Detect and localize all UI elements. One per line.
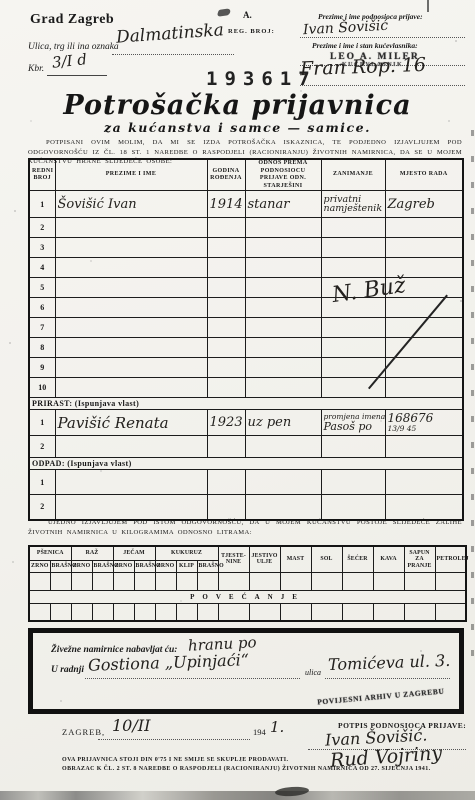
relation-handwriting: stanar	[248, 197, 290, 212]
empty-cell	[155, 572, 176, 590]
empty-cell	[342, 572, 373, 590]
table-row: 7	[29, 318, 463, 338]
empty-cell	[207, 495, 245, 520]
empty-cell	[218, 603, 249, 621]
row-number: 10	[29, 378, 55, 398]
empty-cell	[207, 238, 245, 258]
empty-cell	[71, 603, 92, 621]
group-header-jecam: JEČAM	[113, 546, 155, 560]
row-number: 2	[29, 436, 55, 458]
shop-line2-label: U radnji	[51, 665, 84, 675]
sub-header: KLIP	[176, 560, 197, 572]
house-number-fill-line	[47, 74, 107, 76]
empty-cell	[207, 318, 245, 338]
landlord-handwriting: Fran Rop. 16	[300, 54, 427, 80]
street-fill-line	[112, 53, 234, 55]
header-kava: KAVA	[373, 546, 404, 572]
empty-cell	[321, 358, 385, 378]
table-row: 3	[29, 238, 463, 258]
house-number-label: Kbr.	[28, 64, 44, 74]
empty-cell	[404, 603, 435, 621]
empty-cell	[373, 603, 404, 621]
empty-cell	[385, 495, 463, 520]
group-header-psenica: PŠENICA	[29, 546, 71, 560]
empty-cell	[385, 470, 463, 495]
empty-cell	[134, 603, 155, 621]
scan-corner-mark	[427, 0, 429, 12]
row-number: 8	[29, 338, 55, 358]
name-handwriting: Šovišić Ivan	[58, 197, 137, 212]
cell-birth: 1923	[207, 410, 245, 436]
birth-handwriting: 1923	[210, 415, 243, 430]
city-title: Grad Zagreb	[30, 12, 114, 28]
shop-declaration-box: Živežne namirnice nabavljat ću: hranu po…	[28, 628, 464, 714]
cell-name: Šovišić Ivan	[55, 191, 207, 218]
cell-occupation: promjena imena Pasoš po	[321, 410, 385, 436]
form-title: Potrošačka prijavnica	[0, 90, 475, 121]
empty-cell	[245, 378, 321, 398]
empty-cell	[113, 572, 134, 590]
empty-cell	[207, 358, 245, 378]
empty-cell	[245, 495, 321, 520]
empty-cell	[249, 572, 280, 590]
empty-cell	[55, 338, 207, 358]
empty-cell	[373, 572, 404, 590]
empty-cell	[55, 436, 207, 458]
note-handwriting: promjena imena	[324, 413, 383, 420]
street-value-handwriting: Dalmatinska	[115, 20, 224, 47]
sub-header: ZRNO	[71, 560, 92, 572]
empty-cell	[176, 603, 197, 621]
empty-cell	[280, 603, 311, 621]
empty-cell	[176, 572, 197, 590]
table-row: 1 Pavišić Renata 1923 uz pen promjena im…	[29, 410, 463, 436]
empty-cell	[55, 495, 207, 520]
landlord-fill-line-2	[300, 84, 465, 86]
empty-cell	[55, 278, 207, 298]
table-row: 9	[29, 358, 463, 378]
header-sapun: SAPUN ZA PRANJE	[404, 546, 435, 572]
row-number: 2	[29, 495, 55, 520]
series-mark: A.	[243, 10, 252, 20]
empty-cell	[207, 258, 245, 278]
cell-relation: uz pen	[245, 410, 321, 436]
empty-cell	[55, 238, 207, 258]
sub-header: BRAŠNO	[50, 560, 71, 572]
row-number: 2	[29, 218, 55, 238]
empty-cell	[245, 470, 321, 495]
empty-cell	[207, 298, 245, 318]
empty-cell	[342, 603, 373, 621]
shop-fill-line	[85, 677, 300, 679]
empty-cell	[245, 238, 321, 258]
empty-cell	[55, 298, 207, 318]
sub-header: BRAŠNO	[197, 560, 218, 572]
workplace-handwriting: Zagreb	[388, 197, 435, 212]
empty-cell	[50, 603, 71, 621]
scan-bottom-artifact	[0, 791, 475, 800]
header-secer: ŠEĆER	[342, 546, 373, 572]
paper-speckles	[0, 0, 2, 2]
empty-cell	[29, 603, 50, 621]
odpad-section-label: ODPAD: (Ispunjava vlast)	[29, 458, 463, 470]
empty-cell	[218, 572, 249, 590]
empty-cell	[385, 238, 463, 258]
col-header-workplace: MJESTO RADA	[385, 159, 463, 191]
occupation-handwriting: Pasoš po	[324, 420, 383, 433]
row-number: 1	[29, 470, 55, 495]
empty-cell	[311, 603, 342, 621]
empty-cell	[321, 218, 385, 238]
empty-cell	[92, 572, 113, 590]
table-row: 2	[29, 218, 463, 238]
cell-workplace: 168676 13/9 45	[385, 410, 463, 436]
sub-header: ZRNO	[113, 560, 134, 572]
landlord-label: Prezime i ime i stan kućevlasnika:	[312, 41, 418, 50]
table-row: 1	[29, 470, 463, 495]
table-row: 6	[29, 298, 463, 318]
empty-cell	[245, 258, 321, 278]
group-header-raz: RAŽ	[71, 546, 113, 560]
group-header-kukuruz: KUKURUZ	[155, 546, 218, 560]
col-header-num: REDNI BROJ	[29, 159, 55, 191]
header-jestivo-ulje: JESTIVO ULJE	[249, 546, 280, 572]
table-row: 2	[29, 495, 463, 520]
persons-table: REDNI BROJ PREZIME I IME GODINA ROĐENJA …	[28, 158, 464, 521]
table-row: 1 Šovišić Ivan 1914 stanar privatni namj…	[29, 191, 463, 218]
house-number-handwriting: 3/I d	[51, 50, 88, 72]
relation-handwriting: uz pen	[248, 415, 292, 430]
empty-cell	[71, 572, 92, 590]
shop-street-handwriting: Tomićeva ul. 3.	[328, 651, 451, 674]
row-number: 6	[29, 298, 55, 318]
workplace-handwriting: 168676	[388, 411, 434, 425]
empty-cell	[155, 603, 176, 621]
note-right-handwriting: 13/9 45	[388, 424, 417, 433]
empty-cell	[435, 603, 466, 621]
empty-cell	[385, 436, 463, 458]
empty-cell	[385, 378, 463, 398]
empty-cell	[134, 572, 155, 590]
sub-header: BRAŠNO	[134, 560, 155, 572]
empty-cell	[245, 318, 321, 338]
form-subtitle: za kućanstva i samce — samice.	[0, 120, 475, 135]
empty-cell	[321, 436, 385, 458]
row-number: 3	[29, 238, 55, 258]
row-number: 9	[29, 358, 55, 378]
cell-occupation: privatni namještenik	[321, 191, 385, 218]
sub-header: ZRNO	[155, 560, 176, 572]
row-number: 1	[29, 410, 55, 436]
empty-cell	[385, 358, 463, 378]
povecanje-label: POVEĆANJE	[29, 590, 466, 603]
empty-cell	[55, 218, 207, 238]
reg-number-label: REG. BROJ:	[228, 28, 275, 35]
empty-cell	[280, 572, 311, 590]
cell-relation: stanar	[245, 191, 321, 218]
empty-cell	[50, 572, 71, 590]
row-number: 5	[29, 278, 55, 298]
empty-cell	[385, 298, 463, 318]
empty-cell	[321, 338, 385, 358]
date-city-label: ZAGREB,	[62, 727, 105, 737]
occupation-handwriting-line2: namještenik	[324, 204, 383, 213]
empty-cell	[197, 603, 218, 621]
col-header-name: PREZIME I IME	[55, 159, 207, 191]
empty-cell	[245, 278, 321, 298]
empty-cell	[29, 572, 50, 590]
empty-cell	[55, 378, 207, 398]
cell-birth: 1914	[207, 191, 245, 218]
street-field-label: ulica	[305, 668, 321, 677]
empty-cell	[321, 318, 385, 338]
empty-cell	[55, 470, 207, 495]
empty-cell	[92, 603, 113, 621]
empty-cell	[207, 436, 245, 458]
scan-edge-artifact	[471, 130, 474, 670]
empty-cell	[55, 318, 207, 338]
empty-cell	[207, 378, 245, 398]
empty-cell	[321, 238, 385, 258]
row-number: 4	[29, 258, 55, 278]
empty-cell	[207, 470, 245, 495]
ink-smudge-icon	[217, 8, 232, 17]
empty-cell	[245, 218, 321, 238]
date-fill-line	[98, 738, 250, 740]
header-mast: MAST	[280, 546, 311, 572]
empty-cell	[245, 358, 321, 378]
empty-cell	[207, 218, 245, 238]
empty-cell	[249, 603, 280, 621]
supplies-table: PŠENICA RAŽ JEČAM KUKURUZ TJESTE-NINE JE…	[28, 545, 467, 622]
empty-cell	[321, 470, 385, 495]
birth-handwriting: 1914	[210, 197, 243, 212]
cell-name: Pavišić Renata	[55, 410, 207, 436]
empty-cell	[321, 495, 385, 520]
archive-stamp: POVIJESNI ARHIV U ZAGREBU	[317, 686, 445, 706]
declaration-2: UJEDNO IZJAVLJUJEM POD ISTOM ODGOVORNOŠĆ…	[28, 518, 462, 537]
prirast-section-label: PRIRAST: (Ispunjava vlast)	[29, 398, 463, 410]
table-row: 2	[29, 436, 463, 458]
empty-cell	[385, 218, 463, 238]
table-row: 10	[29, 378, 463, 398]
row-number: 1	[29, 191, 55, 218]
empty-cell	[207, 338, 245, 358]
empty-cell	[245, 298, 321, 318]
empty-cell	[207, 278, 245, 298]
row-number: 7	[29, 318, 55, 338]
fine-print-line1: OVA PRIJAVNICA STOJI DIN 0'75 I NE SMIJE…	[62, 757, 288, 763]
col-header-relation: ODNOS PREMA PODNOSIOCU PRIJAVE ODN. STAR…	[245, 159, 321, 191]
empty-cell	[404, 572, 435, 590]
empty-cell	[55, 258, 207, 278]
name-handwriting: Pavišić Renata	[58, 414, 169, 432]
form-page: Grad Zagreb Ulica, trg ili ina oznaka Da…	[0, 0, 475, 800]
year-handwriting: 1.	[270, 718, 284, 736]
year-printed: 194	[253, 727, 266, 737]
col-header-birth: GODINA ROĐENJA	[207, 159, 245, 191]
empty-cell	[321, 258, 385, 278]
empty-cell	[435, 572, 466, 590]
shop-street-fill-line	[325, 677, 450, 679]
header-sol: SOL	[311, 546, 342, 572]
date-handwriting: 10/II	[112, 716, 150, 735]
fine-print-line2: OBRAZAC K ČL. 2 ST. 8 NAREDBE O RASPODJE…	[62, 766, 431, 772]
cell-workplace: Zagreb	[385, 191, 463, 218]
header-petrolej: PETROLEJ	[435, 546, 466, 572]
empty-cell	[113, 603, 134, 621]
empty-cell	[197, 572, 218, 590]
col-header-occupation: ZANIMANJE	[321, 159, 385, 191]
applicant-fill-line	[300, 36, 465, 38]
empty-cell	[311, 572, 342, 590]
sub-header: ZRNO	[29, 560, 50, 572]
empty-cell	[55, 358, 207, 378]
sub-header: BRAŠNO	[92, 560, 113, 572]
empty-cell	[245, 338, 321, 358]
empty-cell	[245, 436, 321, 458]
